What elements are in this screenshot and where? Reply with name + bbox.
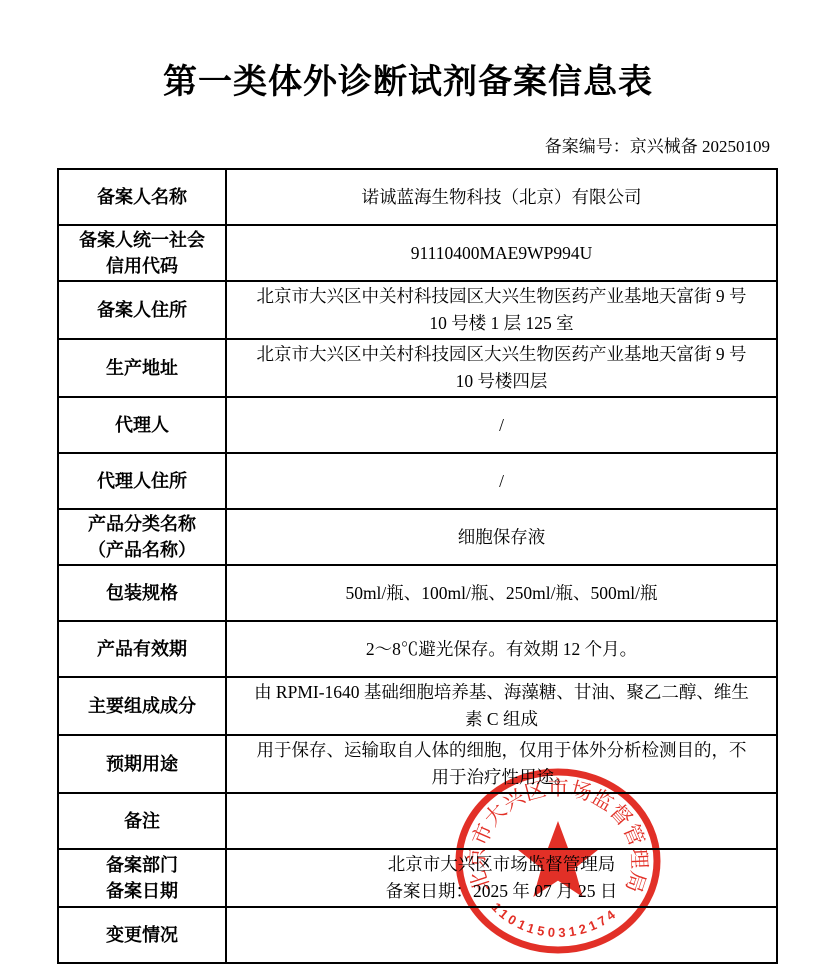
row-label: 变更情况: [58, 907, 226, 963]
label-line: 包装规格: [67, 580, 217, 606]
value-line: 91110400MAE9WP994U: [235, 240, 768, 267]
label-line: （产品名称）: [67, 537, 217, 563]
value-line: 备案日期：2025 年 07 月 25 日: [235, 878, 768, 905]
row-value: [226, 907, 777, 963]
value-line: 用于保存、运输取自人体的细胞，仅用于体外分析检测目的，不: [235, 737, 768, 764]
label-line: 备案人统一社会: [67, 227, 217, 253]
filing-number-label: 备案编号：: [545, 137, 630, 156]
label-line: 备案日期: [67, 878, 217, 904]
row-value: 北京市大兴区中关村科技园区大兴生物医药产业基地天富街 9 号10 号楼 1 层 …: [226, 281, 777, 339]
table-row: 备案人统一社会信用代码91110400MAE9WP994U: [58, 225, 777, 281]
row-value: 北京市大兴区市场监督管理局备案日期：2025 年 07 月 25 日: [226, 849, 777, 907]
label-line: 生产地址: [67, 355, 217, 381]
filing-number: 备案编号：京兴械备 20250109: [545, 132, 770, 157]
label-line: 代理人: [67, 412, 217, 438]
row-label: 生产地址: [58, 339, 226, 397]
table-row: 代理人住所/: [58, 453, 777, 509]
table-row: 产品有效期2～8℃避光保存。有效期 12 个月。: [58, 621, 777, 677]
label-line: 产品有效期: [67, 636, 217, 662]
table-body: 备案人名称诺诚蓝海生物科技（北京）有限公司备案人统一社会信用代码91110400…: [58, 169, 777, 963]
row-value: 用于保存、运输取自人体的细胞，仅用于体外分析检测目的，不用于治疗性用途。: [226, 735, 777, 793]
row-value: 细胞保存液: [226, 509, 777, 565]
table-row: 包装规格50ml/瓶、100ml/瓶、250ml/瓶、500ml/瓶: [58, 565, 777, 621]
label-line: 信用代码: [67, 253, 217, 279]
value-line: 北京市大兴区中关村科技园区大兴生物医药产业基地天富街 9 号: [235, 283, 768, 310]
table-row: 生产地址北京市大兴区中关村科技园区大兴生物医药产业基地天富街 9 号10 号楼四…: [58, 339, 777, 397]
value-line: 由 RPMI-1640 基础细胞培养基、海藻糖、甘油、聚乙二醇、维生: [235, 679, 768, 706]
value-line: 诺诚蓝海生物科技（北京）有限公司: [235, 184, 768, 211]
row-label: 代理人: [58, 397, 226, 453]
row-label: 备案部门备案日期: [58, 849, 226, 907]
row-label: 主要组成成分: [58, 677, 226, 735]
table-row: 主要组成成分由 RPMI-1640 基础细胞培养基、海藻糖、甘油、聚乙二醇、维生…: [58, 677, 777, 735]
value-line: 10 号楼四层: [235, 368, 768, 395]
value-line: /: [235, 412, 768, 439]
row-label: 预期用途: [58, 735, 226, 793]
value-line: 北京市大兴区市场监督管理局: [235, 851, 768, 878]
row-value: 50ml/瓶、100ml/瓶、250ml/瓶、500ml/瓶: [226, 565, 777, 621]
row-label: 备案人名称: [58, 169, 226, 225]
table-row: 备案人住所北京市大兴区中关村科技园区大兴生物医药产业基地天富街 9 号10 号楼…: [58, 281, 777, 339]
filing-info-table: 备案人名称诺诚蓝海生物科技（北京）有限公司备案人统一社会信用代码91110400…: [57, 168, 778, 964]
row-label: 备案人统一社会信用代码: [58, 225, 226, 281]
row-label: 产品分类名称（产品名称）: [58, 509, 226, 565]
label-line: 主要组成成分: [67, 693, 217, 719]
value-line: 北京市大兴区中关村科技园区大兴生物医药产业基地天富街 9 号: [235, 341, 768, 368]
value-line: 10 号楼 1 层 125 室: [235, 310, 768, 337]
value-line: 细胞保存液: [235, 524, 768, 551]
label-line: 变更情况: [67, 922, 217, 948]
table-row: 产品分类名称（产品名称）细胞保存液: [58, 509, 777, 565]
table-row: 代理人/: [58, 397, 777, 453]
row-value: 由 RPMI-1640 基础细胞培养基、海藻糖、甘油、聚乙二醇、维生素 C 组成: [226, 677, 777, 735]
row-label: 产品有效期: [58, 621, 226, 677]
value-line: 2～8℃避光保存。有效期 12 个月。: [235, 636, 768, 663]
row-value: 2～8℃避光保存。有效期 12 个月。: [226, 621, 777, 677]
row-value: /: [226, 453, 777, 509]
row-value: 诺诚蓝海生物科技（北京）有限公司: [226, 169, 777, 225]
row-label: 备案人住所: [58, 281, 226, 339]
table-row: 变更情况: [58, 907, 777, 963]
filing-number-value: 京兴械备 20250109: [630, 137, 770, 156]
value-line: 50ml/瓶、100ml/瓶、250ml/瓶、500ml/瓶: [235, 580, 768, 607]
label-line: 备案人名称: [67, 184, 217, 210]
row-value: 91110400MAE9WP994U: [226, 225, 777, 281]
label-line: 产品分类名称: [67, 511, 217, 537]
row-label: 代理人住所: [58, 453, 226, 509]
row-label: 备注: [58, 793, 226, 849]
label-line: 备案部门: [67, 852, 217, 878]
value-line: 用于治疗性用途。: [235, 764, 768, 791]
value-line: 素 C 组成: [235, 706, 768, 733]
label-line: 预期用途: [67, 751, 217, 777]
row-value: /: [226, 397, 777, 453]
row-value: 北京市大兴区中关村科技园区大兴生物医药产业基地天富街 9 号10 号楼四层: [226, 339, 777, 397]
page-title: 第一类体外诊断试剂备案信息表: [0, 54, 816, 103]
value-line: /: [235, 468, 768, 495]
label-line: 代理人住所: [67, 468, 217, 494]
row-value: [226, 793, 777, 849]
table-row: 预期用途用于保存、运输取自人体的细胞，仅用于体外分析检测目的，不用于治疗性用途。: [58, 735, 777, 793]
table-row: 备案部门备案日期北京市大兴区市场监督管理局备案日期：2025 年 07 月 25…: [58, 849, 777, 907]
label-line: 备案人住所: [67, 297, 217, 323]
label-line: 备注: [67, 808, 217, 834]
table-row: 备案人名称诺诚蓝海生物科技（北京）有限公司: [58, 169, 777, 225]
table-row: 备注: [58, 793, 777, 849]
row-label: 包装规格: [58, 565, 226, 621]
